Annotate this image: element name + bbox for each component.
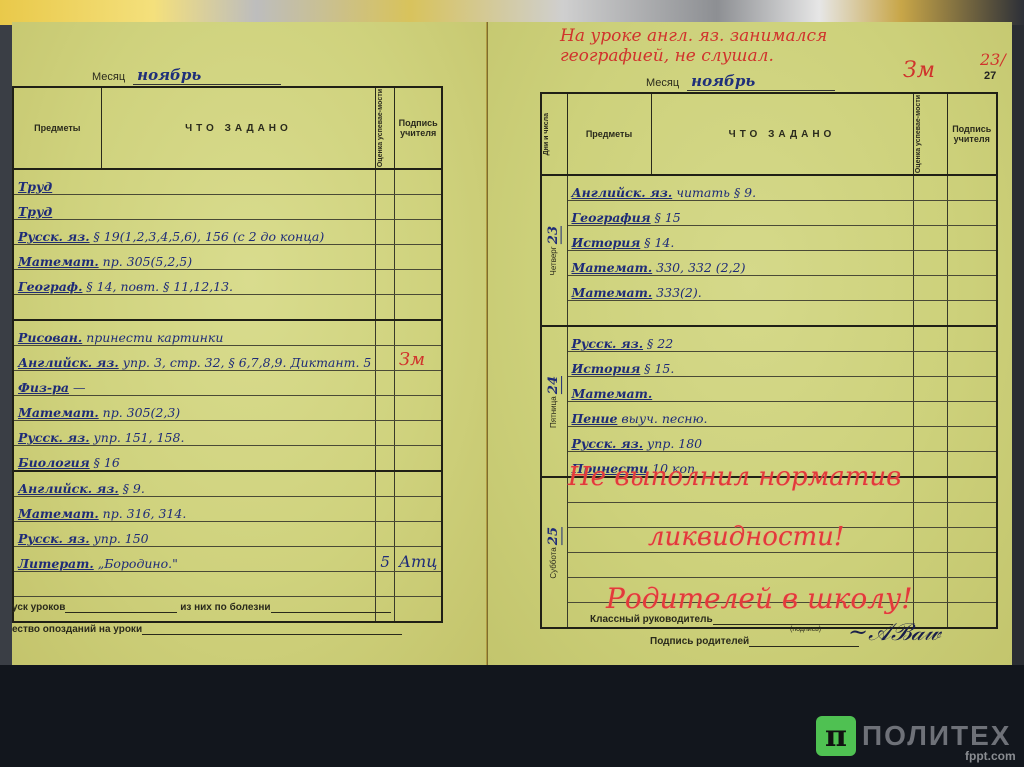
month-value: ноябрь <box>687 72 835 91</box>
table-row: Русск. яз. упр. 150 <box>13 522 442 547</box>
signature-hint: (подпись) <box>790 626 821 633</box>
table-row: Пятница 24 Русск. яз. § 22 <box>541 326 997 352</box>
grade-value: 5 <box>376 547 395 572</box>
month-label: Месяц <box>646 77 679 89</box>
parents-sign-line: Подпись родителей <box>650 636 859 647</box>
table-row: Математ. пр. 305(2,3) <box>13 396 442 421</box>
logo-pi-icon: π <box>816 716 856 756</box>
table-row: Русск. яз. § 19(1,2,3,4,5,6), 156 (с 2 д… <box>13 220 442 245</box>
table-row: Математ. пр. 316, 314. <box>13 497 442 522</box>
stamp-line3: Родителей в школу! <box>606 582 913 615</box>
table-row: Литерат. „Бородино."5Атц <box>13 547 442 572</box>
teacher-signature-red: Зм <box>394 346 442 371</box>
table-row: Труд <box>13 195 442 220</box>
table-row: Математ. <box>541 377 997 402</box>
day-thursday: Четверг 23 <box>541 175 567 326</box>
remark-date: 23/ <box>980 50 1006 69</box>
header-grade: Оценка успевае-мости <box>376 87 395 169</box>
table-row: Математ. пр. 305(5,2,5) <box>13 245 442 270</box>
header-assigned: ЧТО ЗАДАНО <box>101 87 376 169</box>
photo-edge-left <box>0 25 12 665</box>
month-field: Месяцноябрь <box>92 66 281 84</box>
table-row: История § 14. <box>541 226 997 251</box>
teacher-remark-line1: На уроке англ. яз. занимался <box>560 26 827 46</box>
diary-right-page: На уроке англ. яз. занимался географией,… <box>488 22 1012 665</box>
table-row: Физ-ра — <box>13 371 442 396</box>
header-day: Дни и числа <box>541 93 567 175</box>
remark-signature: Зм <box>903 58 935 83</box>
table-row <box>541 301 997 327</box>
header-subjects: Предметы <box>567 93 651 175</box>
logo-text: ПОЛИТЕХ <box>862 720 1011 752</box>
table-row: Географ. § 14, повт. § 11,12,13. <box>13 270 442 295</box>
teacher-remark: На уроке англ. яз. занимался географией,… <box>560 26 827 66</box>
teacher-remark-line2: географией, не слушал. <box>560 46 827 66</box>
table-row: Четверг 23 Английск. яз. читать § 9. <box>541 175 997 201</box>
table-row: Труд <box>13 169 442 195</box>
late-arrivals-line: ество опозданий на уроки <box>12 624 402 635</box>
month-field: Месяцноябрь <box>646 72 835 90</box>
table-row: Пение выуч. песню. <box>541 402 997 427</box>
table-row: Английск. яз. § 9. <box>13 471 442 497</box>
logo-subtext: fppt.com <box>965 749 1016 763</box>
table-row: Русск. яз. упр. 180 <box>541 427 997 452</box>
month-label: Месяц <box>92 71 125 83</box>
table-row: История § 15. <box>541 352 997 377</box>
header-grade: Оценка успевае-мости <box>913 93 947 175</box>
header-subjects: Предметы <box>13 87 101 169</box>
header-teacher-sign: Подпись учителя <box>394 87 442 169</box>
homework-table-left: Предметы ЧТО ЗАДАНО Оценка успевае-мости… <box>12 86 443 623</box>
table-row: Русск. яз. упр. 151, 158. <box>13 421 442 446</box>
month-value: ноябрь <box>133 66 281 85</box>
table-row <box>13 572 442 597</box>
teacher-signature: Атц <box>394 547 442 572</box>
table-row: Английск. яз. упр. 3, стр. 32, § 6,7,8,9… <box>13 346 442 371</box>
table-row: Биология § 16 <box>13 446 442 472</box>
day-saturday: Суббота 25 <box>541 477 567 628</box>
diary-left-page: Месяцноябрь Предметы ЧТО ЗАДАНО Оценка у… <box>12 22 488 665</box>
table-row: Математ. 333(2). <box>541 276 997 301</box>
header-assigned: ЧТО ЗАДАНО <box>651 93 913 175</box>
stamp-line1: Не выполнил норматив <box>568 462 901 492</box>
table-row: Рисован. принести картинки <box>13 320 442 346</box>
table-row: Математ. 330, 332 (2,2) <box>541 251 997 276</box>
photo-edge-right <box>1012 25 1024 665</box>
stamp-line2: ликвидности! <box>648 522 844 552</box>
parent-signature: ~𝒜ℬ𝒶𝓌 <box>848 618 941 646</box>
table-row <box>13 295 442 321</box>
table-row: География § 15 <box>541 201 997 226</box>
absences-line: уск уроков из них по болезни <box>12 602 391 613</box>
day-friday: Пятница 24 <box>541 326 567 477</box>
table-row <box>541 553 997 578</box>
page-number: 27 <box>984 70 996 82</box>
header-teacher-sign: Подпись учителя <box>947 93 997 175</box>
